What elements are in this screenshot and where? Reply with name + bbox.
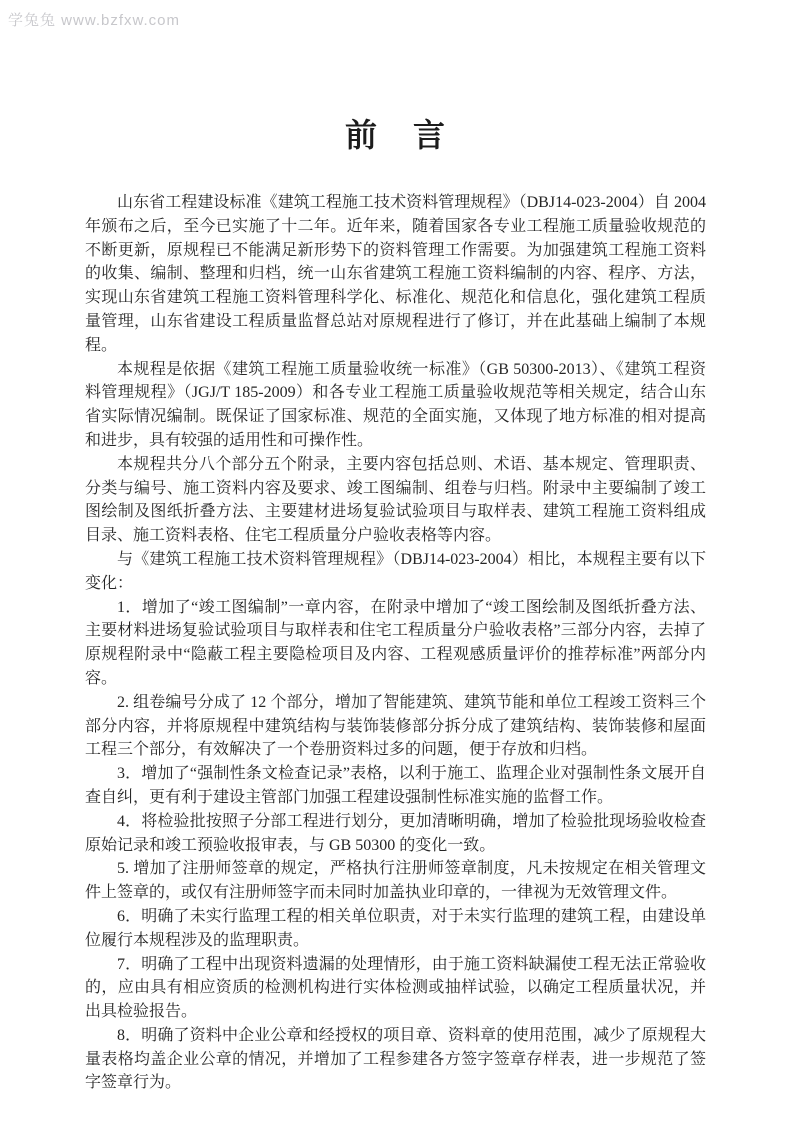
paragraph-changes-lead: 与《建筑工程施工技术资料管理规程》（DBJ14-023-2004）相比，本规程主…: [85, 548, 706, 596]
document-page: 学兔兔 www.bzfxw.com 前 言 山东省工程建设标准《建筑工程施工技术…: [0, 0, 792, 1122]
change-item-1: 1．增加了“竣工图编制”一章内容，在附录中增加了“竣工图绘制及图纸折叠方法、主要…: [85, 596, 706, 691]
change-item-2: 2. 组卷编号分成了 12 个部分，增加了智能建筑、建筑节能和单位工程竣工资料三…: [85, 691, 706, 762]
paragraph-intro: 山东省工程建设标准《建筑工程施工技术资料管理规程》（DBJ14-023-2004…: [85, 191, 706, 358]
change-item-4: 4．将检验批按照子分部工程进行划分，更加清晰明确，增加了检验批现场验收检查原始记…: [85, 810, 706, 858]
watermark-text: 学兔兔 www.bzfxw.com: [8, 9, 180, 30]
change-item-7: 7．明确了工程中出现资料遗漏的处理情形，由于施工资料缺漏使工程无法正常验收的，应…: [85, 953, 706, 1024]
change-item-5: 5. 增加了注册师签章的规定，严格执行注册师签章制度，凡未按规定在相关管理文件上…: [85, 857, 706, 905]
paragraph-basis: 本规程是依据《建筑工程施工质量验收统一标准》（GB 50300-2013）、《建…: [85, 358, 706, 453]
change-item-6: 6．明确了未实行监理工程的相关单位职责，对于未实行监理的建筑工程，由建设单位履行…: [85, 905, 706, 953]
change-item-3: 3．增加了“强制性条文检查记录”表格，以利于施工、监理企业对强制性条文展开自查自…: [85, 762, 706, 810]
change-item-8: 8．明确了资料中企业公章和经授权的项目章、资料章的使用范围，减少了原规程大量表格…: [85, 1024, 706, 1095]
paragraph-structure: 本规程共分八个部分五个附录，主要内容包括总则、术语、基本规定、管理职责、分类与编…: [85, 453, 706, 548]
document-body: 山东省工程建设标准《建筑工程施工技术资料管理规程》（DBJ14-023-2004…: [85, 191, 706, 1095]
